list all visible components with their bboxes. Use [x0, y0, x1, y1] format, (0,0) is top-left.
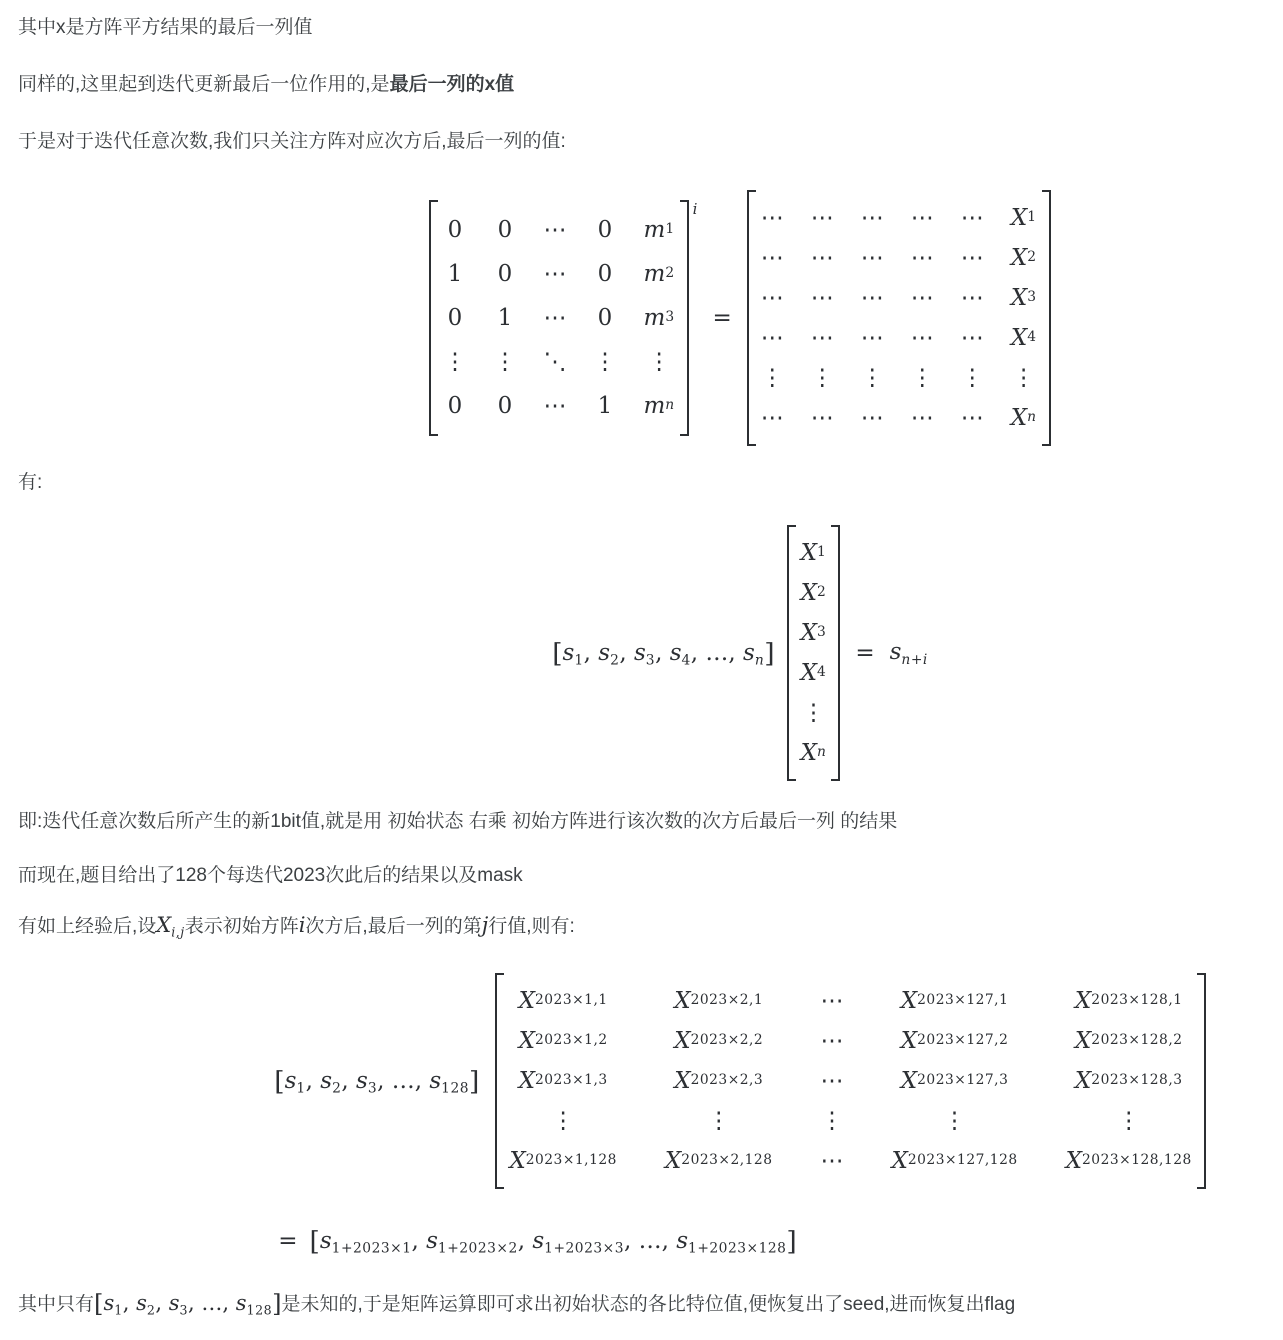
matrix-cell: m1	[644, 208, 675, 252]
matrix-cell: 1	[598, 384, 613, 428]
matrix-cell: ⋯	[811, 278, 834, 318]
matrix-cell: ⋯	[911, 278, 934, 318]
matrix-cell: ⋯	[543, 208, 566, 252]
matrix-cell: 0	[448, 384, 463, 428]
text-segment: 同样的,这里起到迭代更新最后一位作用的,是	[18, 74, 390, 95]
matrix-cell: ⋯	[861, 398, 884, 438]
matrix-cell: X2023×127,1	[901, 981, 1009, 1021]
matrix-cell: 0	[448, 208, 463, 252]
matrix-cell: X2023×1,1	[519, 981, 608, 1021]
matrix-cell: ⋮	[552, 1101, 575, 1141]
matrix-cell: X2023×2,3	[674, 1061, 763, 1101]
x-matrix-128: X2023×1,1X2023×2,1⋯X2023×127,1X2023×128,…	[495, 973, 1205, 1189]
matrix-cell: ⋯	[911, 198, 934, 238]
matrix-cell: ⋯	[861, 278, 884, 318]
paragraph-given-data: 而现在,题目给出了128个每迭代2023次此后的结果以及mask	[18, 863, 1265, 888]
equation-matrix-power: 00⋯0m110⋯0m201⋯0m3⋮⋮⋱⋮⋮00⋯1mn i = ⋯⋯⋯⋯⋯X…	[215, 190, 1265, 446]
matrix-cell: ⋯	[961, 238, 984, 278]
page: { "colors": {"background": "#ffffff", "t…	[0, 0, 1283, 1340]
matrix-cell: ⋯	[820, 981, 843, 1021]
matrix-cell: ⋯	[911, 398, 934, 438]
matrix-cell: 1	[498, 296, 513, 340]
matrix-cell: ⋮	[802, 693, 825, 733]
matrix-cell: m2	[644, 252, 675, 296]
matrix-cell: ⋮	[943, 1101, 966, 1141]
matrix-cell: X2023×128,2	[1075, 1021, 1183, 1061]
text-segment: 有如上经验后,设	[18, 916, 156, 937]
matrix-cell: X2023×128,1	[1075, 981, 1183, 1021]
matrix-cell: ⋮	[961, 358, 984, 398]
text-segment: 是未知的,于是矩阵运算即可求出初始状态的各比特位值,便恢复出了seed,进而恢复…	[282, 1294, 1016, 1315]
companion-matrix: 00⋯0m110⋯0m201⋯0m3⋮⋮⋱⋮⋮00⋯1mn	[429, 200, 688, 436]
matrix-cell: Xn	[801, 733, 827, 773]
matrix-cell: m3	[644, 296, 675, 340]
matrix-with-exponent: 00⋯0m110⋯0m201⋯0m3⋮⋮⋱⋮⋮00⋯1mn i	[429, 200, 697, 436]
matrix-cell: ⋯	[911, 238, 934, 278]
matrix-cell: ⋯	[820, 1141, 843, 1181]
inline-vector-s128: [s1, s2, s3, …, s128]	[94, 1291, 282, 1315]
text-segment: 行值,则有:	[488, 916, 575, 937]
equals-sign: =	[712, 305, 731, 331]
text-segment: 表示初始方阵	[185, 916, 299, 937]
matrix-cell: ⋯	[543, 296, 566, 340]
matrix-cell: 0	[448, 296, 463, 340]
matrix-cell: X3	[801, 613, 827, 653]
paragraph-iteration-note: 于是对于迭代任意次数,我们只关注方阵对应次方后,最后一列的值:	[18, 129, 1265, 154]
matrix-cell: ⋮	[493, 340, 516, 384]
matrix-cell: ⋯	[761, 238, 784, 278]
matrix-cell: X2023×128,3	[1075, 1061, 1183, 1101]
equation-128-system: [s1, s2, s3, …, s128] X2023×1,1X2023×2,1…	[215, 973, 1265, 1263]
matrix-cell: X2023×2,128	[665, 1141, 773, 1181]
matrix-cell: X2023×1,3	[519, 1061, 608, 1101]
article: 其中x是方阵平方结果的最后一列值 同样的,这里起到迭代更新最后一位作用的,是最后…	[18, 15, 1265, 1317]
matrix-cell: ⋯	[543, 252, 566, 296]
matrix-cell: 0	[598, 252, 613, 296]
matrix-cell: X2	[1011, 238, 1037, 278]
matrix-cell: ⋯	[811, 318, 834, 358]
matrix-cell: ⋮	[761, 358, 784, 398]
result-term: sn+i	[890, 639, 928, 668]
last-column-vector: X1X2X3X4⋮Xn	[787, 525, 841, 781]
state-row-vector: [s1, s2, s3, s4, …, sn]	[552, 638, 774, 669]
matrix-cell: 0	[498, 384, 513, 428]
equals-sign: =	[278, 1228, 297, 1254]
text-segment: 次方后,最后一列的第	[305, 916, 481, 937]
matrix-cell: ⋮	[648, 340, 671, 384]
matrix-cell: X2023×127,2	[901, 1021, 1009, 1061]
matrix-cell: ⋯	[961, 398, 984, 438]
paragraph-have: 有:	[18, 470, 1265, 495]
matrix-cell: ⋮	[811, 358, 834, 398]
matrix-cell: ⋮	[1117, 1101, 1140, 1141]
matrix-cell: X3	[1011, 278, 1037, 318]
matrix-cell: ⋱	[543, 340, 566, 384]
matrix-cell: ⋯	[911, 318, 934, 358]
matrix-cell: X2023×1,2	[519, 1021, 608, 1061]
matrix-cell: X2023×2,1	[674, 981, 763, 1021]
matrix-cell: ⋯	[761, 278, 784, 318]
matrix-cell: ⋯	[761, 398, 784, 438]
paragraph-conclusion-bit: 即:迭代任意次数后所产生的新1bit值,就是用 初始状态 右乘 初始方阵进行该次…	[18, 809, 1265, 834]
matrix-cell: ⋯	[861, 318, 884, 358]
matrix-cell: 0	[498, 252, 513, 296]
matrix-cell: ⋯	[861, 198, 884, 238]
matrix-cell: X2023×127,128	[891, 1141, 1017, 1181]
matrix-cell: X1	[1011, 198, 1037, 238]
equation-state-product: [s1, s2, s3, s4, …, sn] X1X2X3X4⋮Xn = sn…	[215, 525, 1265, 781]
result-matrix: ⋯⋯⋯⋯⋯X1⋯⋯⋯⋯⋯X2⋯⋯⋯⋯⋯X3⋯⋯⋯⋯⋯X4⋮⋮⋮⋮⋮⋮⋯⋯⋯⋯⋯X…	[747, 190, 1051, 446]
exponent-i: i	[693, 200, 698, 218]
matrix-cell: ⋮	[1012, 358, 1035, 398]
matrix-cell: ⋯	[811, 398, 834, 438]
paragraph-define-x: 有如上经验后,设Xi,j表示初始方阵i次方后,最后一列的第j行值,则有:	[18, 913, 1265, 939]
equation-line-product: [s1, s2, s3, …, s128] X2023×1,1X2023×2,1…	[274, 973, 1206, 1189]
matrix-cell: ⋯	[961, 198, 984, 238]
matrix-cell: Xn	[1011, 398, 1037, 438]
matrix-cell: X2023×128,128	[1066, 1141, 1192, 1181]
inline-math-xij: Xi,j	[156, 913, 184, 937]
paragraph-final-conclusion: 其中只有[s1, s2, s3, …, s128]是未知的,于是矩阵运算即可求出…	[18, 1291, 1265, 1317]
matrix-cell: ⋮	[861, 358, 884, 398]
matrix-cell: ⋯	[861, 238, 884, 278]
matrix-cell: 0	[498, 208, 513, 252]
matrix-cell: ⋮	[593, 340, 616, 384]
matrix-cell: ⋯	[820, 1021, 843, 1061]
matrix-cell: 0	[598, 208, 613, 252]
matrix-cell: X1	[801, 533, 827, 573]
equals-sign: =	[855, 640, 874, 666]
matrix-cell: X2023×127,3	[901, 1061, 1009, 1101]
matrix-cell: X2023×1,128	[509, 1141, 617, 1181]
matrix-cell: X2	[801, 573, 827, 613]
matrix-cell: X4	[801, 653, 827, 693]
matrix-cell: 0	[598, 296, 613, 340]
matrix-cell: ⋯	[543, 384, 566, 428]
bold-last-column-x: 最后一列的x值	[390, 74, 515, 95]
matrix-cell: ⋮	[911, 358, 934, 398]
matrix-cell: ⋯	[961, 278, 984, 318]
matrix-cell: ⋯	[811, 198, 834, 238]
paragraph-intro-x: 其中x是方阵平方结果的最后一列值	[18, 15, 1265, 40]
matrix-cell: ⋯	[761, 318, 784, 358]
matrix-cell: ⋮	[820, 1101, 843, 1141]
matrix-cell: 1	[448, 252, 463, 296]
paragraph-last-column: 同样的,这里起到迭代更新最后一位作用的,是最后一列的x值	[18, 72, 1265, 97]
matrix-cell: ⋯	[961, 318, 984, 358]
matrix-cell: ⋮	[443, 340, 466, 384]
equation-line-result: = [s1+2023×1, s1+2023×2, s1+2023×3, …, s…	[278, 1219, 1206, 1263]
text-segment: 其中只有	[18, 1294, 94, 1315]
aligned-equation-block: [s1, s2, s3, …, s128] X2023×1,1X2023×2,1…	[274, 973, 1206, 1263]
matrix-cell: X2023×2,2	[674, 1021, 763, 1061]
state-row-vector-128: [s1, s2, s3, …, s128]	[274, 1066, 479, 1097]
matrix-cell: ⋮	[707, 1101, 730, 1141]
matrix-cell: X4	[1011, 318, 1037, 358]
matrix-cell: ⋯	[811, 238, 834, 278]
matrix-cell: ⋯	[820, 1061, 843, 1101]
result-row-vector: [s1+2023×1, s1+2023×2, s1+2023×3, …, s1+…	[310, 1226, 797, 1257]
matrix-cell: mn	[643, 384, 674, 428]
matrix-cell: ⋯	[761, 198, 784, 238]
